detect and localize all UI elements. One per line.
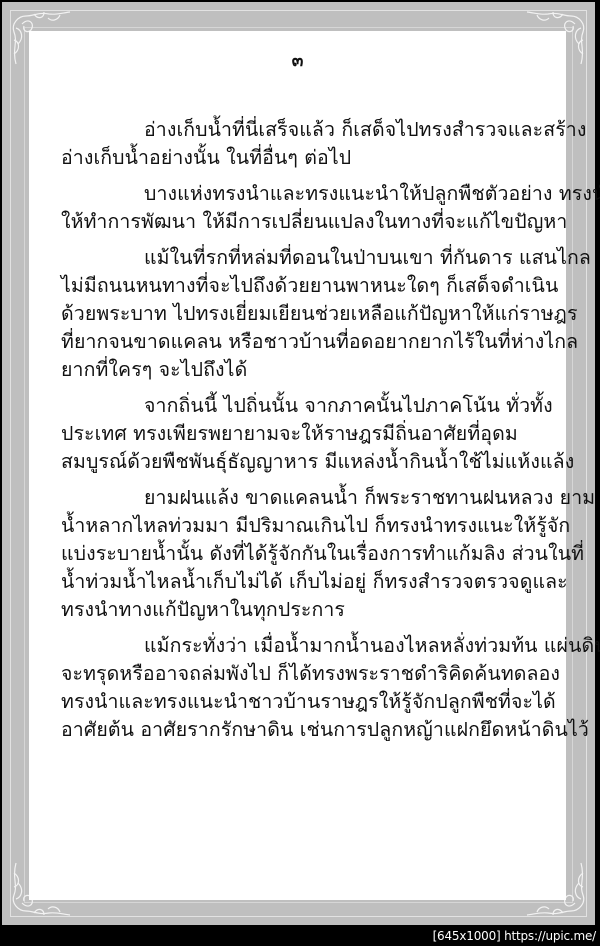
body-text: อ่างเก็บน้ำที่นี่เสร็จแล้ว ก็เสด็จไปทรงส… (61, 116, 531, 752)
text-line: ที่ยากจนขาดแคลน หรือชาวบ้านที่อดอยากยากไ… (61, 328, 531, 356)
text-line: แม้ในที่รกที่หล่มที่ดอนในป่าบนเขา ที่กัน… (61, 244, 531, 272)
image-host-watermark: [645x1000] https://upic.me/ (433, 928, 596, 944)
text-line: ไม่มีถนนหนทางที่จะไปถึงด้วยยานพาหนะใดๆ ก… (61, 272, 531, 300)
text-line: ด้วยพระบาท ไปทรงเยี่ยมเยียนช่วยเหลือแก้ป… (61, 300, 531, 328)
text-line: ให้ทำการพัฒนา ให้มีการเปลี่ยนแปลงในทางที… (61, 208, 531, 236)
text-line: ยากที่ใครๆ จะไปถึงได้ (61, 356, 531, 384)
paragraph-5: ยามฝนแล้ง ขาดแคลนน้ำ ก็พระราชทานฝนหลวง ย… (61, 484, 531, 624)
paragraph-6: แม้กระทั่งว่า เมื่อน้ำมากน้ำนองไหลหลั่งท… (61, 632, 531, 744)
text-line: สมบูรณ์ด้วยพืชพันธุ์ธัญญาหาร มีแหล่งน้ำก… (61, 448, 531, 476)
text-line: น้ำท่วมน้ำไหลน้ำเก็บไม่ได้ เก็บไม่อยู่ ก… (61, 568, 531, 596)
text-line: ประเทศ ทรงเพียรพยายามจะให้ราษฎรมีถิ่นอาศ… (61, 420, 531, 448)
paragraph-3: แม้ในที่รกที่หล่มที่ดอนในป่าบนเขา ที่กัน… (61, 244, 531, 384)
paragraph-1: อ่างเก็บน้ำที่นี่เสร็จแล้ว ก็เสด็จไปทรงส… (61, 116, 531, 172)
text-line: แบ่งระบายน้ำนั้น ดังที่ได้รู้จักกันในเรื… (61, 540, 531, 568)
text-line: จากถิ่นนี้ ไปถิ่นนั้น จากภาคนั้นไปภาคโน้… (61, 392, 531, 420)
text-line: แม้กระทั่งว่า เมื่อน้ำมากน้ำนองไหลหลั่งท… (61, 632, 531, 660)
text-line: อาศัยต้น อาศัยรากรักษาดิน เช่นการปลูกหญ้… (61, 716, 531, 744)
text-line: ยามฝนแล้ง ขาดแคลนน้ำ ก็พระราชทานฝนหลวง ย… (61, 484, 531, 512)
text-line: ทรงนำและทรงแนะนำชาวบ้านราษฎรให้รู้จักปลู… (61, 688, 531, 716)
text-line: บางแห่งทรงนำและทรงแนะนำให้ปลูกพืชตัวอย่า… (61, 180, 531, 208)
paragraph-2: บางแห่งทรงนำและทรงแนะนำให้ปลูกพืชตัวอย่า… (61, 180, 531, 236)
text-line: อ่างเก็บน้ำอย่างนั้น ในที่อื่นๆ ต่อไป (61, 144, 531, 172)
text-line: อ่างเก็บน้ำที่นี่เสร็จแล้ว ก็เสด็จไปทรงส… (61, 116, 531, 144)
text-line: ทรงนำทางแก้ปัญหาในทุกประการ (61, 596, 531, 624)
document-page: ๓ อ่างเก็บน้ำที่นี่เสร็จแล้ว ก็เสด็จไปทร… (29, 31, 566, 900)
text-line: น้ำหลากไหลท่วมมา มีปริมาณเกินไป ก็ทรงนำท… (61, 512, 531, 540)
text-line: จะทรุดหรืออาจถล่มพังไป ก็ได้ทรงพระราชดำร… (61, 660, 531, 688)
page-number: ๓ (29, 47, 566, 74)
paragraph-4: จากถิ่นนี้ ไปถิ่นนั้น จากภาคนั้นไปภาคโน้… (61, 392, 531, 476)
